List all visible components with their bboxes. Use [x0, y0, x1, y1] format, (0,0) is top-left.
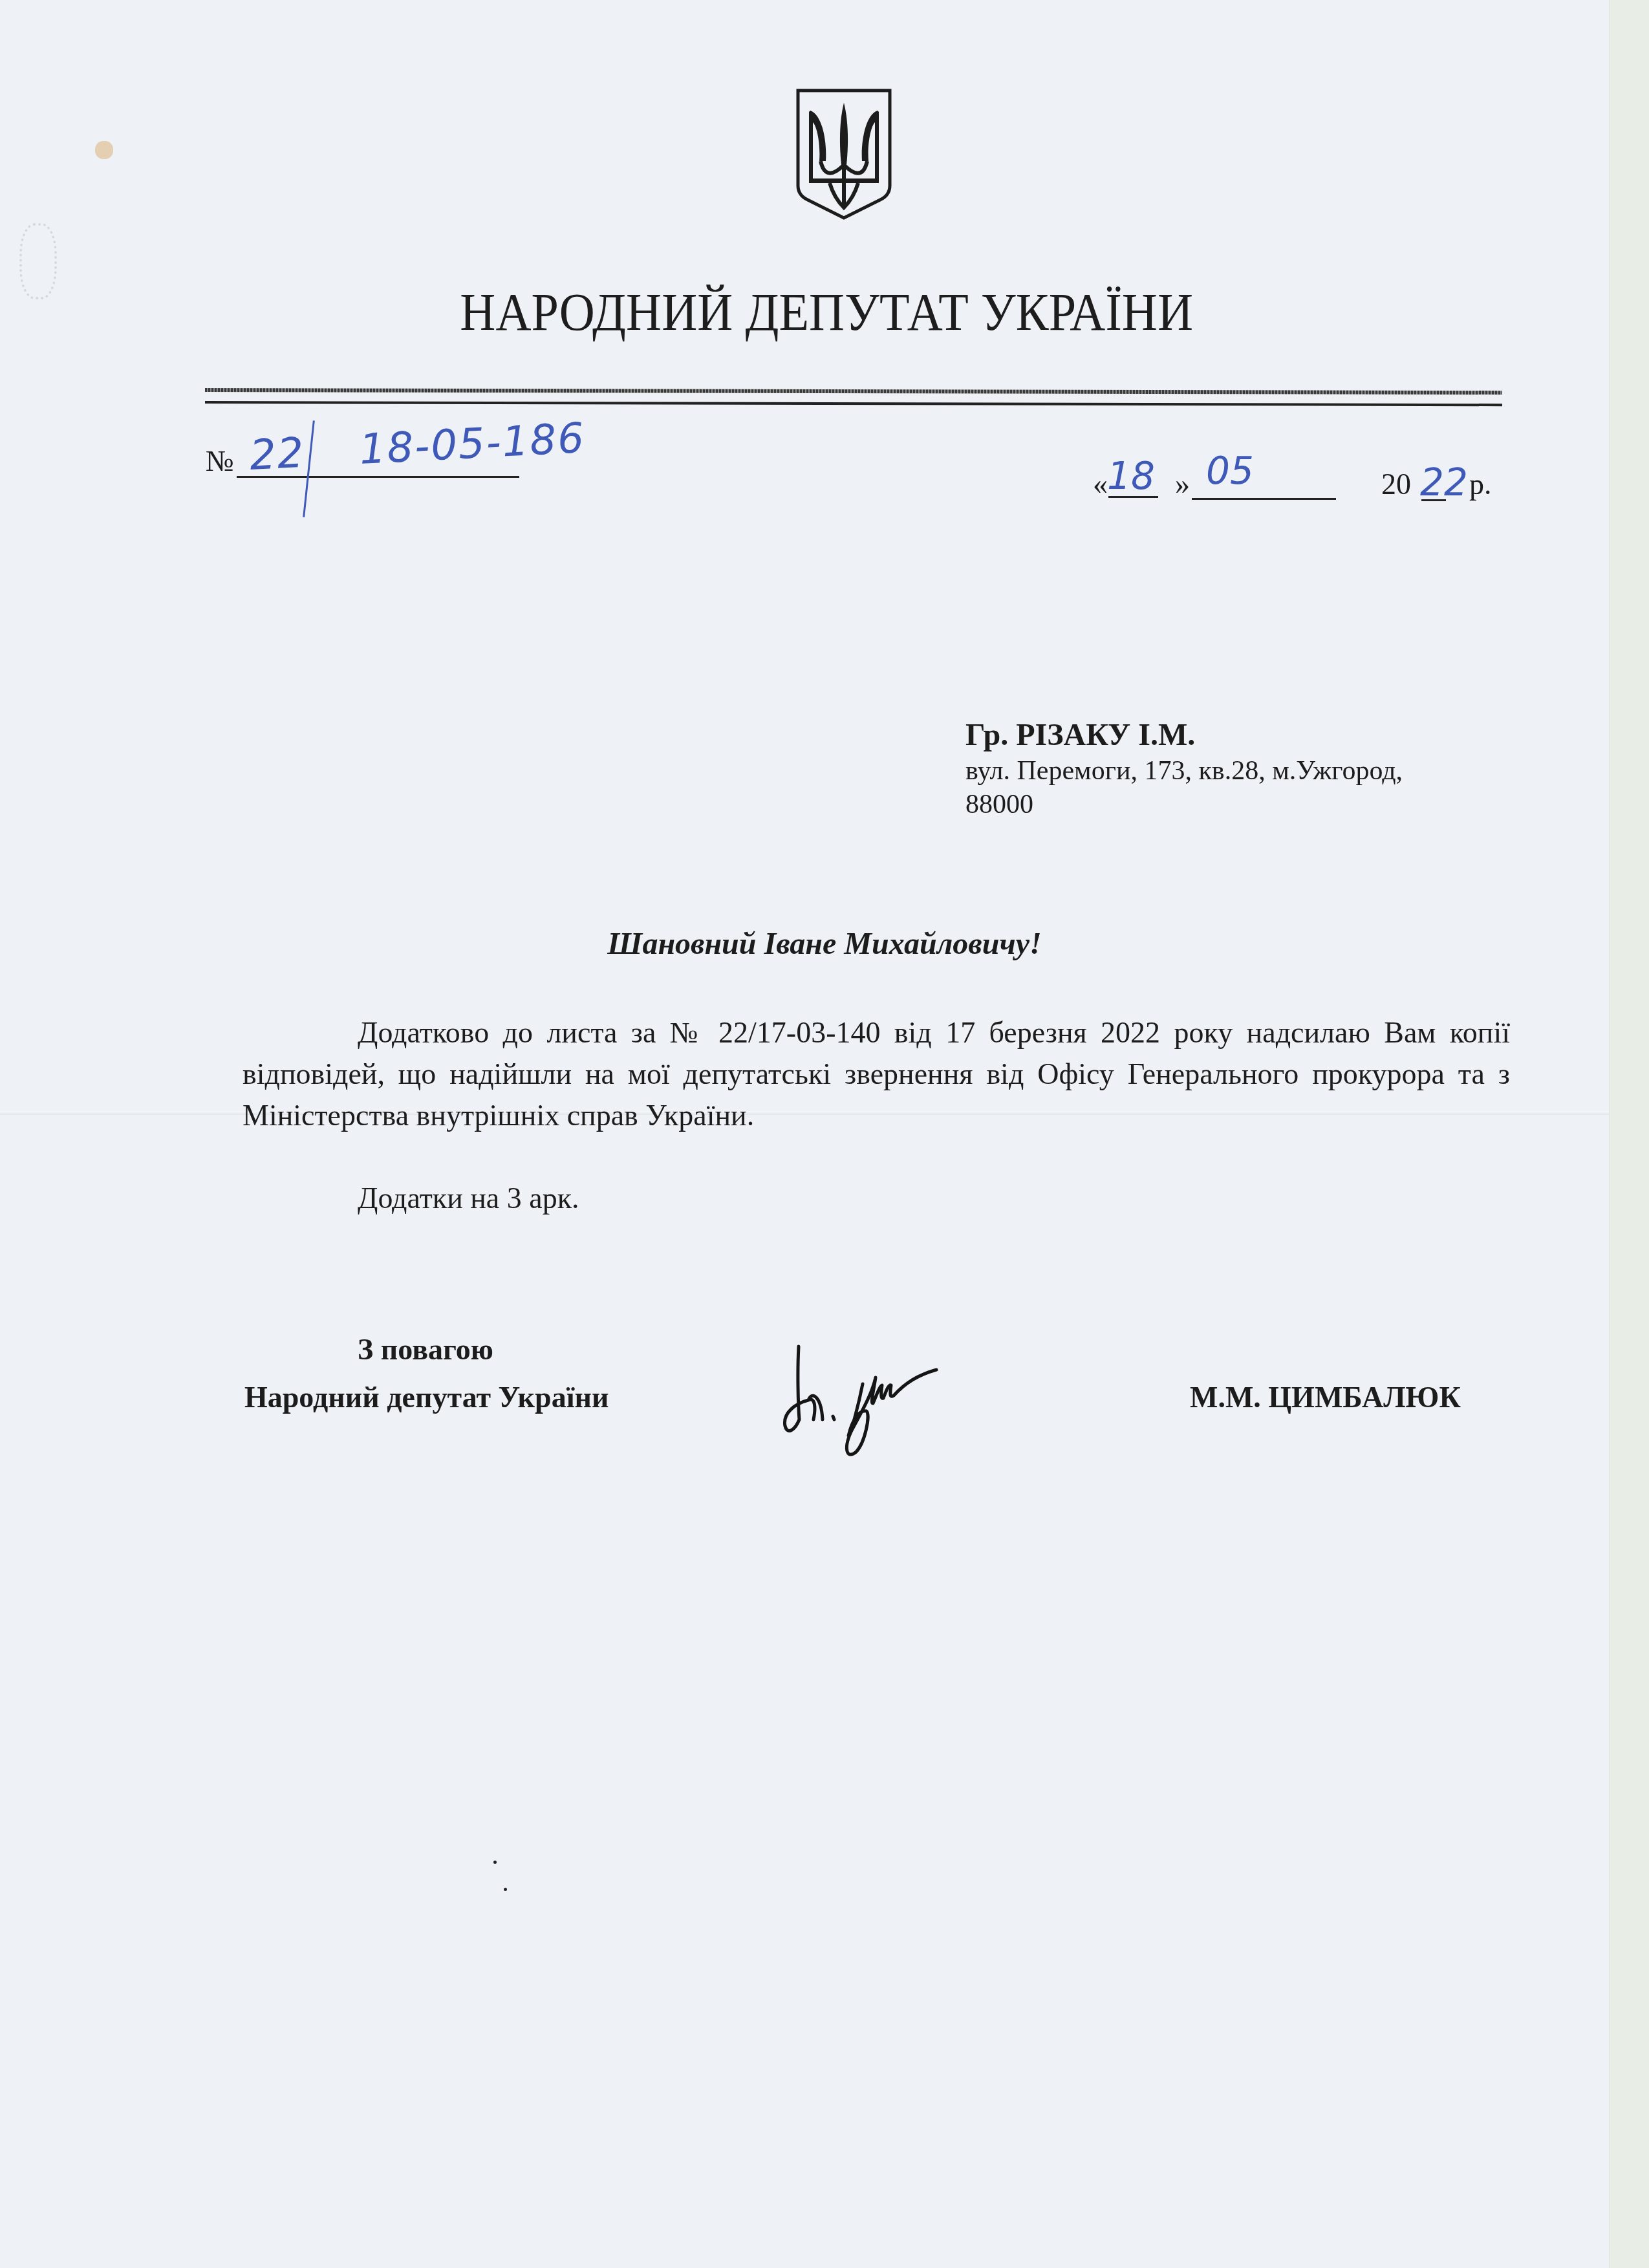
registration-number-label: №: [206, 444, 234, 478]
letterhead-rule-double-bottom: [205, 401, 1502, 406]
date-year-handwritten: 22: [1420, 460, 1468, 504]
coat-of-arms-icon: [796, 89, 892, 221]
salutation: Шановний Іване Михайловичу!: [0, 926, 1649, 962]
date-open-quote: «: [1093, 467, 1108, 501]
paper-speck: [504, 1888, 507, 1891]
body-paragraph: Додатково до листа за № 22/17-03-140 від…: [242, 1012, 1510, 1136]
date-month-handwritten: 05: [1206, 449, 1254, 493]
letterhead-title: НАРОДНИЙ ДЕПУТАТ УКРАЇНИ: [59, 282, 1593, 343]
registration-number-handwritten: 22 18-05-186: [248, 415, 587, 480]
letter-page: НАРОДНИЙ ДЕПУТАТ УКРАЇНИ № 22 18-05-186 …: [0, 0, 1609, 2268]
paper-speck: [493, 1861, 497, 1864]
date-year-prefix: 20: [1381, 467, 1411, 501]
paper-stain: [95, 141, 113, 159]
registration-number-prefix: 22: [248, 429, 306, 480]
registration-number-suffix: 18-05-186: [358, 415, 587, 474]
date-close-quote: »: [1175, 467, 1190, 501]
attachments-note: Додатки на 3 арк.: [358, 1181, 579, 1215]
signer-name: М.М. ЦИМБАЛЮК: [1190, 1380, 1461, 1414]
date-year-abbrev: р.: [1469, 467, 1492, 501]
letter-body: Додатково до листа за № 22/17-03-140 від…: [242, 1012, 1510, 1136]
closing-phrase: З повагою: [358, 1332, 493, 1366]
recipient-block: Гр. РІЗАКУ І.М. вул. Перемоги, 173, кв.2…: [965, 717, 1547, 821]
date-day-handwritten: 18: [1107, 454, 1155, 498]
handwritten-signature-icon: [776, 1332, 1151, 1462]
signer-title: Народний депутат України: [244, 1380, 609, 1414]
paper-stain-ring: [19, 223, 57, 299]
recipient-name: Гр. РІЗАКУ І.М.: [965, 717, 1547, 754]
letterhead-rule-double-top: [205, 388, 1502, 394]
recipient-address-line2: 88000: [965, 788, 1547, 821]
date-month-underline: [1192, 498, 1336, 500]
recipient-address-line1: вул. Перемоги, 173, кв.28, м.Ужгород,: [965, 754, 1547, 788]
